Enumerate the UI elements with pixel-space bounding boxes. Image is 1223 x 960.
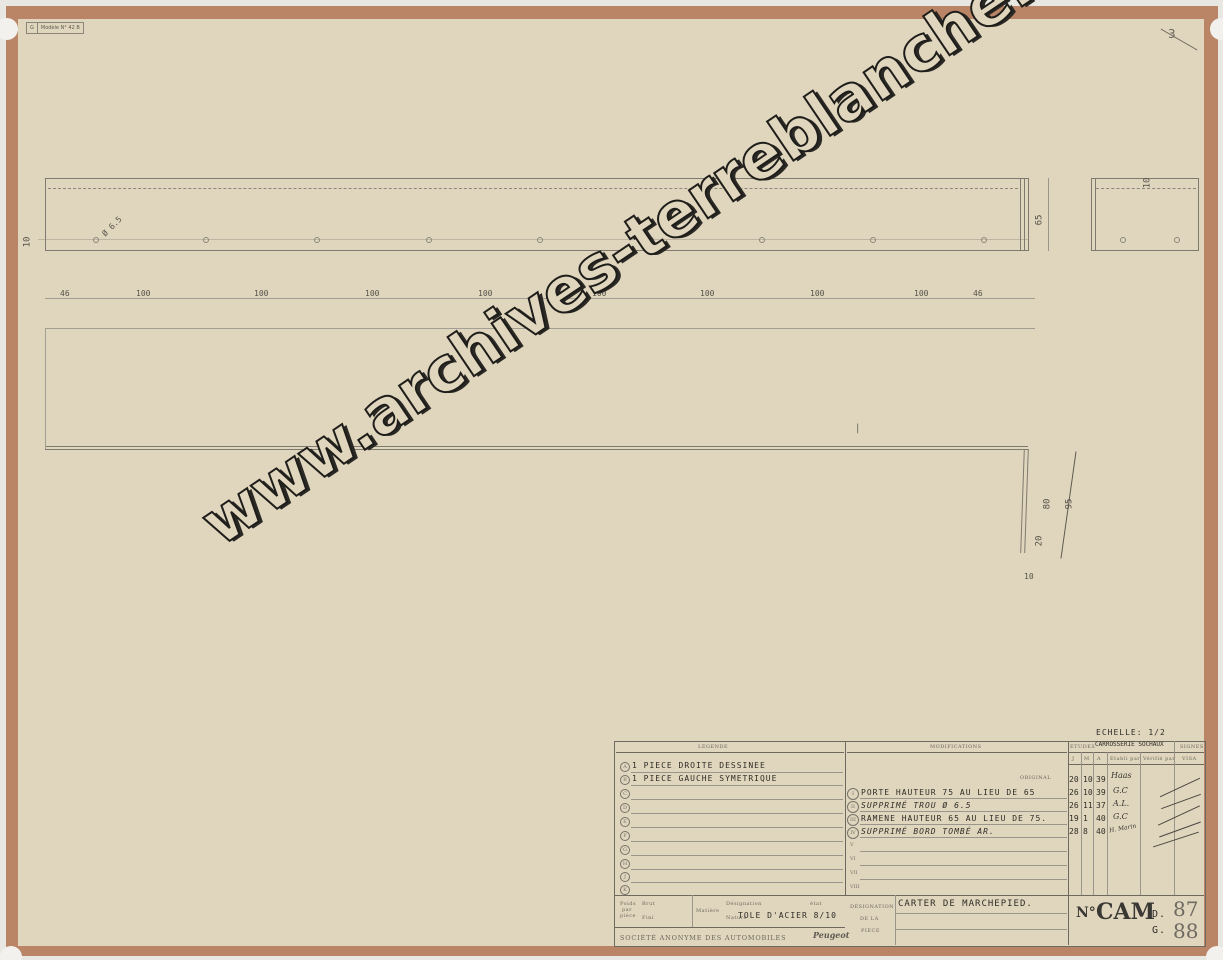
signature: G.C: [1113, 812, 1128, 821]
side-top-dim: 10: [1142, 178, 1152, 189]
visa-header: SIGNES: [1180, 744, 1204, 750]
signature: G.C: [1113, 786, 1128, 795]
hole-marker: [537, 237, 543, 243]
designation-mat-label: Désignation: [726, 901, 762, 907]
hole-offset-dim: 10: [22, 237, 32, 248]
signature: A.L.: [1113, 799, 1129, 808]
fini-label: Fini: [642, 915, 654, 921]
legend-item: 1 PIECE DROITE DESSINEE: [632, 761, 766, 770]
stamp-code: G: [27, 23, 38, 33]
mount-hole: [1206, 946, 1223, 960]
hole-marker: [870, 237, 876, 243]
original-label: ORIGINAL: [1020, 775, 1051, 781]
modification-item: SUPPRIMÉ TROU Ø 6.5: [861, 801, 972, 810]
part-designation: CARTER DE MARCHEPIED.: [898, 899, 1033, 909]
pencil-stroke: [1161, 29, 1198, 51]
watermark: www.archives-terreblanche.fr: [188, 0, 1092, 560]
signature: Haas: [1111, 771, 1132, 780]
hole-marker: [314, 237, 320, 243]
etudes-header: ÉTUDES: [1070, 744, 1095, 750]
hole-marker: [93, 237, 99, 243]
brut-label: Brut: [642, 901, 655, 907]
section-dim-20: 20: [1034, 536, 1044, 547]
hole-marker: [1174, 237, 1180, 243]
section-dim-80: 80: [1042, 499, 1052, 510]
modifications-header: MODIFICATIONS: [930, 744, 982, 750]
peugeot-logo: Peugeot: [813, 930, 849, 940]
legend-item: 1 PIECE GAUCHE SYMETRIQUE: [632, 774, 777, 783]
hole-diameter-label: Ø 6.5: [100, 215, 123, 238]
hole-marker: [1120, 237, 1126, 243]
sheet-stamp: G Modèle N° 42 B: [26, 22, 84, 34]
hole-marker: [981, 237, 987, 243]
matiere-label: Matière: [696, 908, 720, 914]
hole-marker: [759, 237, 765, 243]
modification-item: PORTE HAUTEUR 75 AU LIEU DE 65: [861, 788, 1036, 797]
scale-label: ECHELLE: 1/2: [1096, 728, 1166, 737]
modification-item: SUPPRIMÉ BORD TOMBÉ AR.: [861, 827, 995, 836]
poids-label: Poids par pièce: [620, 901, 634, 919]
modification-item: RAMENE HAUTEUR 65 AU LIEU DE 75.: [861, 814, 1047, 823]
drawing-sheet: G Modèle N° 42 B 3 Ø 6.5 10 65 46 100 10…: [18, 19, 1204, 946]
stamp-model: Modèle N° 42 B: [38, 23, 83, 33]
height-dim: 65: [1034, 215, 1044, 226]
etat-label: état: [810, 901, 822, 907]
etudes-dept: CARROSSERIE SOCHAUX: [1095, 741, 1164, 748]
section-dim-95: 95: [1064, 499, 1074, 510]
legend-header: LÉGENDE: [698, 744, 728, 750]
designation-label: DÉSIGNATION: [850, 904, 894, 910]
nature-value: TOLE D'ACIER 8/10: [738, 911, 837, 920]
company-name: SOCIÉTÉ ANONYME DES AUTOMOBILES: [620, 934, 786, 942]
section-dim-10: 10: [1024, 572, 1034, 581]
hidden-line: [48, 188, 1018, 189]
hole-marker: [426, 237, 432, 243]
hole-marker: [203, 237, 209, 243]
